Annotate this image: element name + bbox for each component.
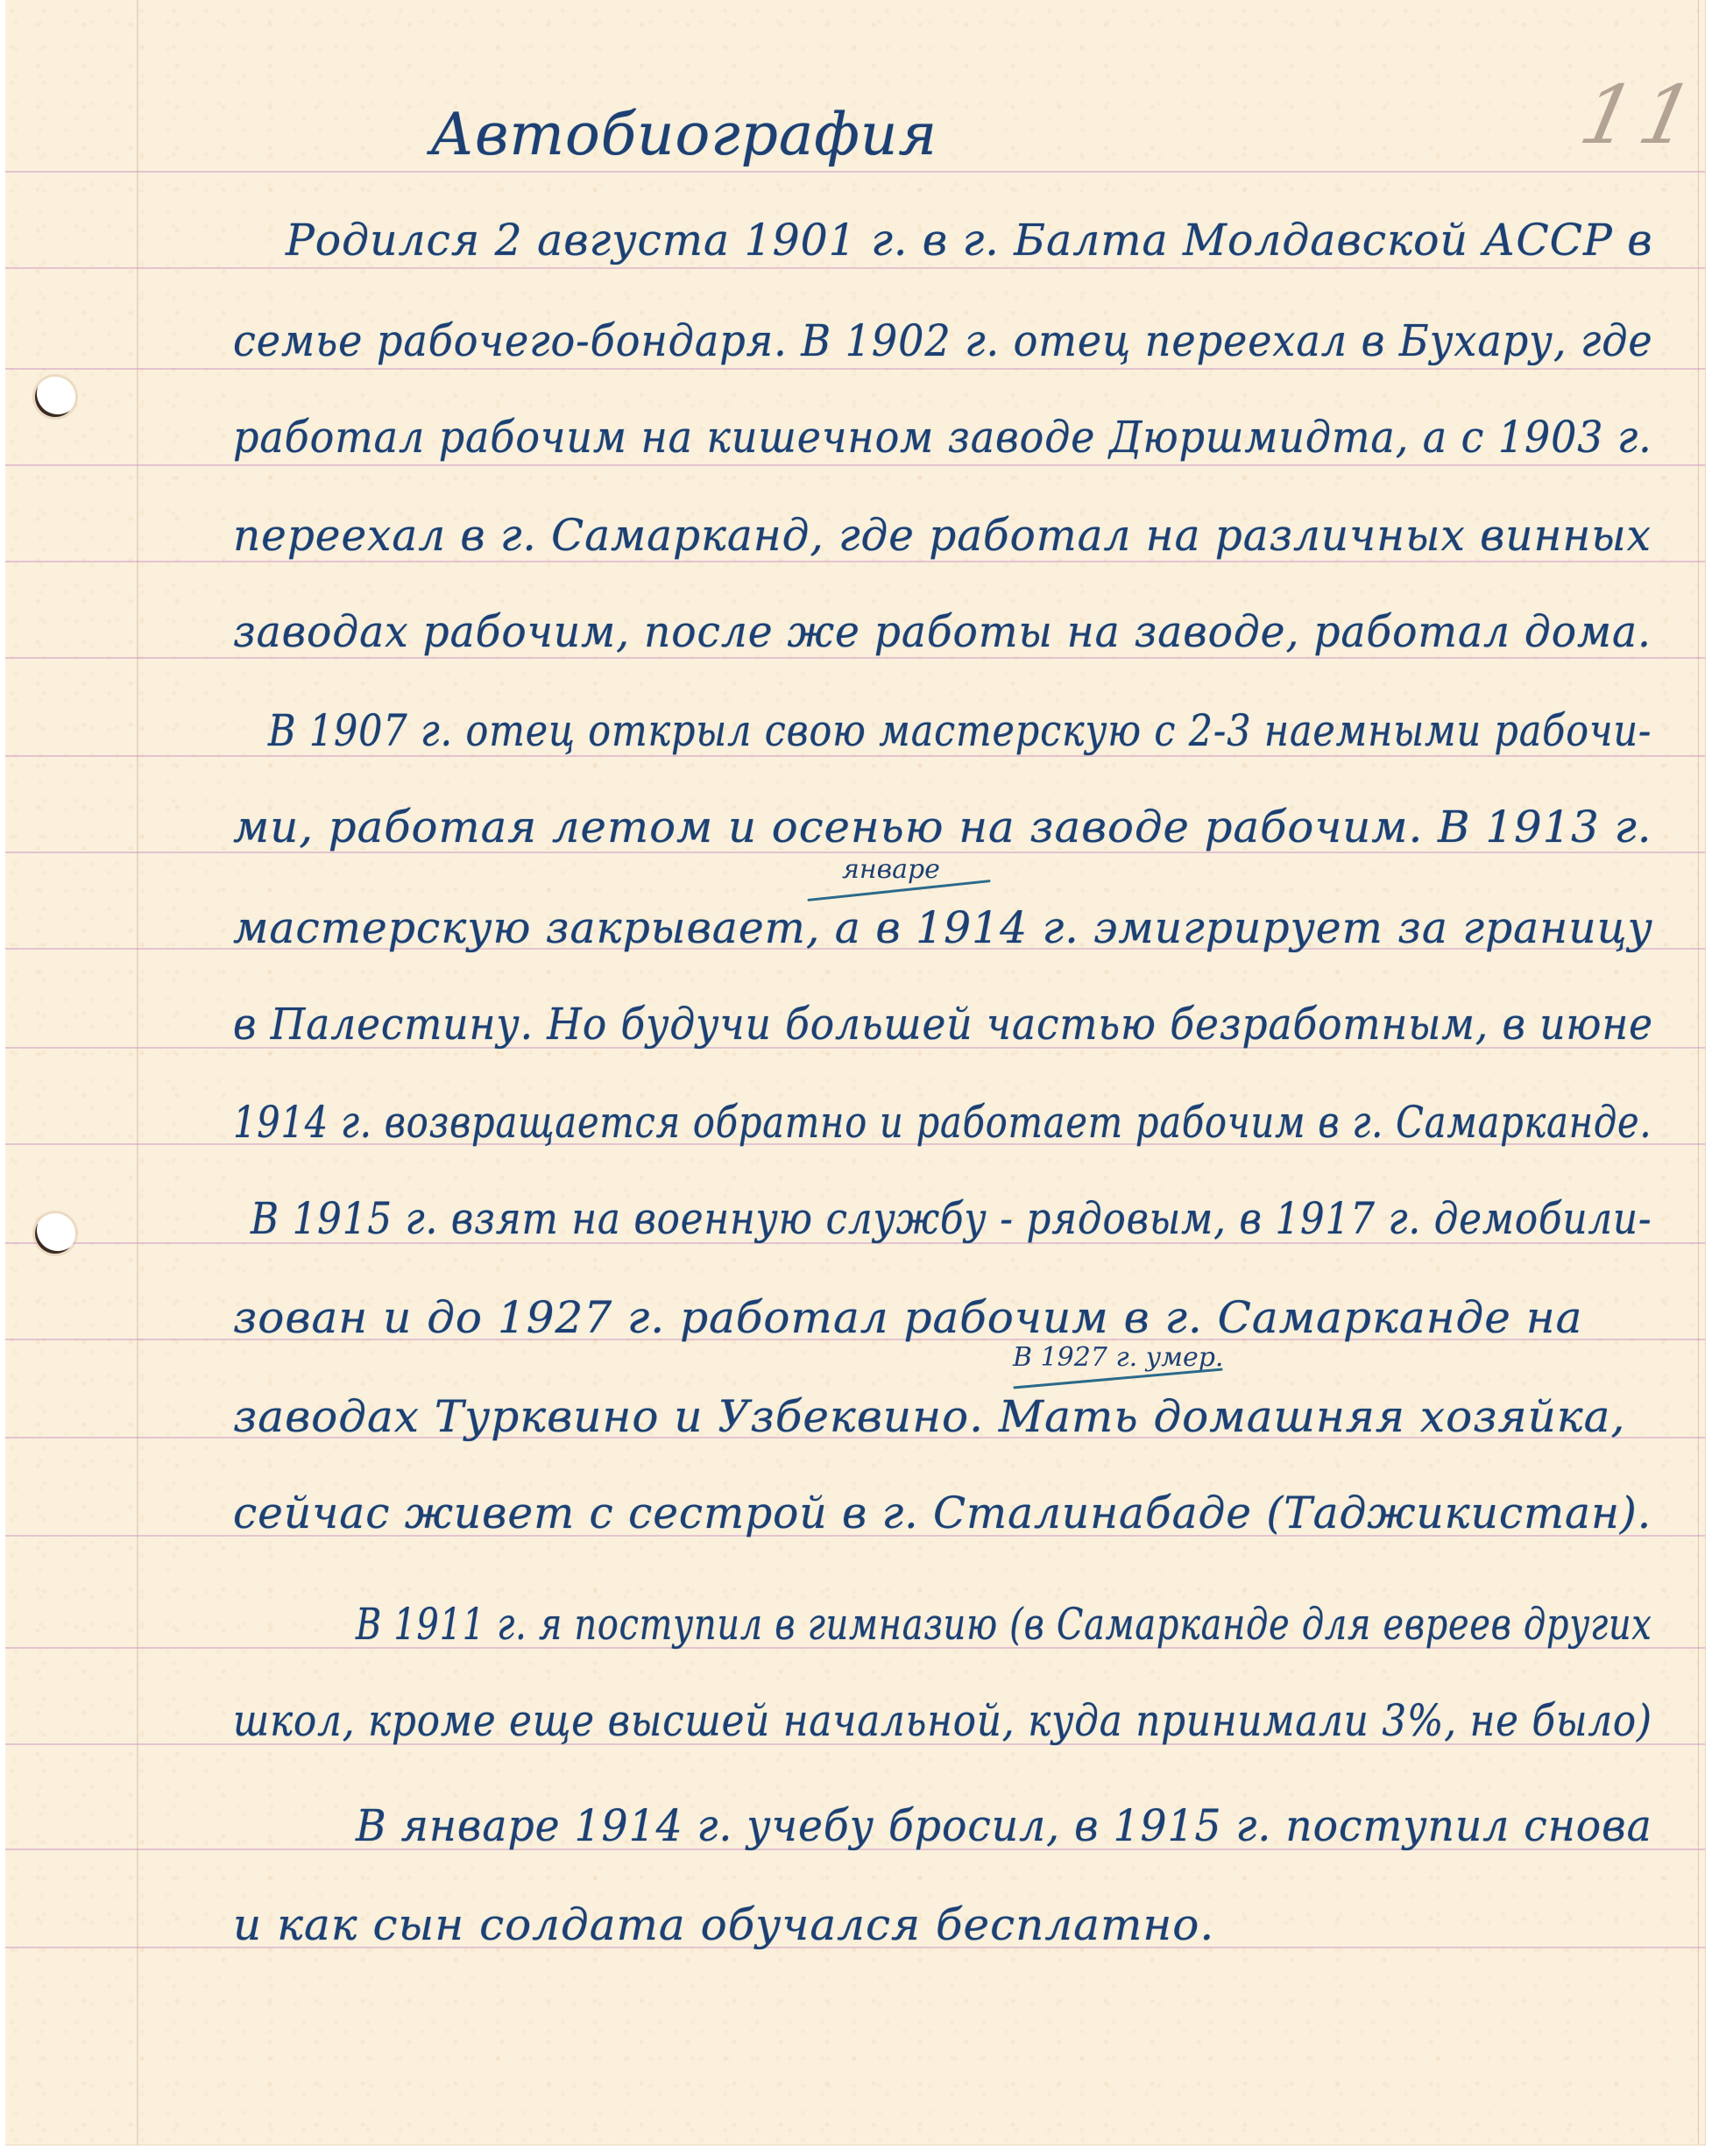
- text-line: Родился 2 августа 1901 г. в г. Балта Мол…: [286, 215, 1653, 265]
- ruled-line: [5, 464, 1705, 466]
- punched-hole: [35, 1213, 75, 1254]
- text-line: заводах Турквино и Узбеквино. Мать домаш…: [233, 1391, 1625, 1442]
- text-line: семье рабочего-бондаря. В 1902 г. отец п…: [233, 315, 1653, 366]
- document-page: 11 Автобиография Родился 2 августа 1901 …: [5, 0, 1706, 2145]
- text-line: В 1911 г. я поступил в гимназию (в Самар…: [356, 1599, 1652, 1650]
- right-margin-line: [1698, 0, 1699, 2145]
- left-margin-line: [137, 0, 138, 2145]
- page-number-mark: 11: [1573, 68, 1709, 162]
- text-line: в Палестину. Но будучи большей частью бе…: [233, 999, 1653, 1050]
- text-line: переехал в г. Самарканд, где работал на …: [233, 510, 1652, 561]
- ruled-line: [5, 267, 1705, 269]
- interlinear-insertion: январе: [842, 854, 940, 885]
- text-line: В январе 1914 г. учебу бросил, в 1915 г.…: [356, 1800, 1652, 1851]
- text-line: сейчас живет с сестрой в г. Сталинабаде …: [233, 1488, 1652, 1538]
- text-line: 1914 г. возвращается обратно и работает …: [233, 1097, 1652, 1148]
- ruled-line: [5, 368, 1705, 370]
- ruled-line: [5, 561, 1705, 562]
- text-line: заводах рабочим, после же работы на заво…: [233, 606, 1652, 657]
- interlinear-insertion: В 1927 г. умер.: [1013, 1342, 1223, 1373]
- text-line: работал рабочим на кишечном заводе Дюршм…: [233, 412, 1652, 463]
- text-line: В 1915 г. взят на военную службу - рядов…: [251, 1193, 1652, 1244]
- text-line: и как сын солдата обучался бесплатно.: [233, 1899, 1214, 1950]
- text-line: зован и до 1927 г. работал рабочим в г. …: [233, 1292, 1582, 1343]
- ruled-line: [5, 171, 1705, 173]
- text-line: мастерскую закрывает, а в 1914 г. эмигри…: [233, 902, 1653, 953]
- punched-hole: [35, 377, 75, 417]
- text-line: ми, работая летом и осенью на заводе раб…: [233, 802, 1652, 852]
- document-title: Автобиография: [430, 101, 937, 168]
- text-line: школ, кроме еще высшей начальной, куда п…: [233, 1695, 1652, 1746]
- ruled-line: [5, 657, 1705, 659]
- text-line: В 1907 г. отец открыл свою мастерскую с …: [268, 705, 1652, 756]
